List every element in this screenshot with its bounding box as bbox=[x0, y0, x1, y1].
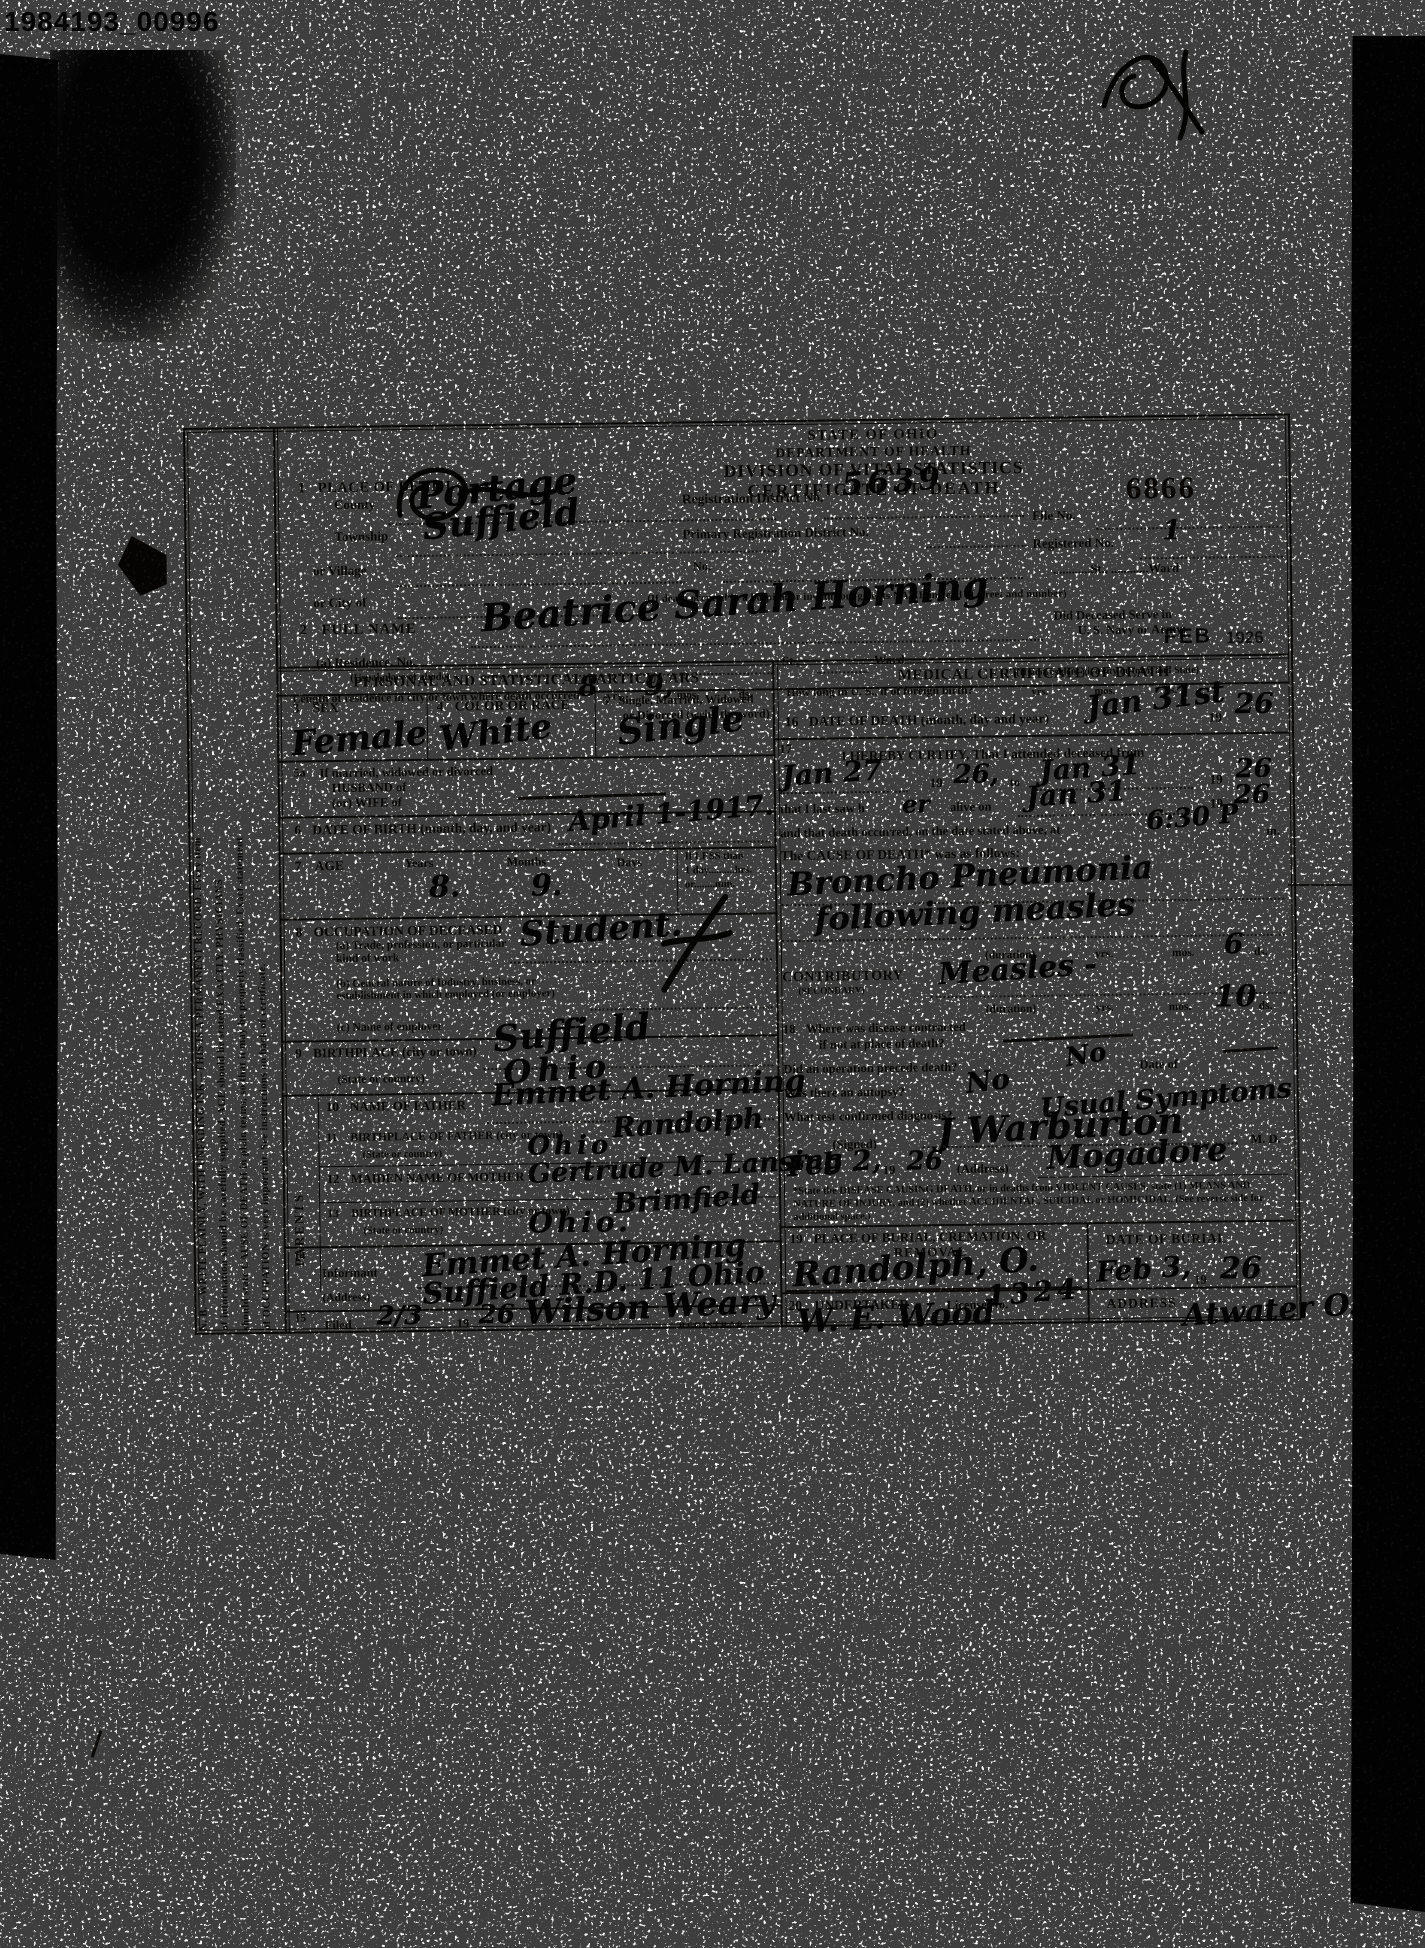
sex-label: SEX bbox=[313, 700, 339, 715]
marital-number: 5 bbox=[603, 694, 609, 708]
pen-blot-mark bbox=[112, 535, 176, 602]
father-birthplace-state-label: (State or country) bbox=[362, 1149, 442, 1162]
filed-year-value: 26 bbox=[478, 1302, 515, 1328]
undertaker-address-value: Atwater O. bbox=[1182, 1290, 1359, 1331]
burial-date-value: Feb 3, bbox=[1095, 1252, 1191, 1286]
contributory-duration-days-value: 10 bbox=[1214, 982, 1256, 1013]
full-name-number: 2 bbox=[300, 622, 307, 638]
occupation-a-label: (a) Trade, profession, or particular kin… bbox=[336, 938, 521, 966]
county-label: County bbox=[334, 497, 375, 512]
age-label: AGE bbox=[315, 858, 344, 873]
date-of-death-year-value: 26 bbox=[1235, 690, 1274, 719]
age-years-value: 8. bbox=[429, 872, 461, 902]
operation-value: No bbox=[1064, 1039, 1109, 1071]
registration-district-label: Registration District No. bbox=[682, 490, 824, 507]
last-saw-label: that I last saw h bbox=[780, 801, 865, 816]
contributory-duration-label: (duration) bbox=[986, 1003, 1037, 1017]
informant-number: 14 bbox=[294, 1250, 306, 1263]
village-label: or Village bbox=[313, 564, 367, 579]
filed-date-value: 2/3 bbox=[376, 1303, 422, 1330]
occupation-c-label: (c) Name of employer bbox=[337, 1021, 443, 1035]
filed-number: 15 bbox=[295, 1312, 307, 1325]
informant-label: Informant bbox=[322, 1266, 378, 1281]
birthplace-number: 9 bbox=[295, 1047, 302, 1062]
pen-stroke-mark bbox=[651, 891, 736, 994]
mother-name-label: MAIDEN NAME OF MOTHER bbox=[351, 1170, 525, 1186]
signature-year-prefix: 19 bbox=[883, 1163, 896, 1177]
signature-year-value: 26 bbox=[906, 1148, 943, 1174]
navy-service-label-1: Did Deceased Serve in bbox=[1053, 607, 1172, 623]
city-label: or City of bbox=[313, 596, 366, 611]
primary-registration-label: Primary Registration District No. bbox=[682, 525, 868, 542]
date-of-birth-number: 6 bbox=[294, 822, 301, 837]
cause-duration-days-label: ds. bbox=[1254, 946, 1268, 959]
burial-year-prefix: 19 bbox=[1194, 1273, 1207, 1287]
disease-contracted-number: 18 bbox=[783, 1022, 796, 1036]
contributory-secondary-label: (SECONDARY) bbox=[798, 986, 864, 997]
contributory-duration-months-label: mos. bbox=[1169, 1001, 1192, 1014]
last-saw-fill: er bbox=[902, 792, 930, 816]
file-number-label: File No. bbox=[1032, 508, 1076, 523]
operation-date-label: Date of bbox=[1139, 1057, 1178, 1072]
scan-id-label: 1984193_00996 bbox=[4, 6, 219, 38]
informant-address-label: (Address) bbox=[322, 1292, 370, 1305]
parents-group-label: PARENTS bbox=[290, 1116, 308, 1266]
scan-black-edge-right bbox=[1351, 36, 1425, 1912]
registrar-label: REGISTRAR bbox=[679, 1321, 745, 1332]
pen-scribble-mark bbox=[1082, 34, 1232, 149]
township-label: Township bbox=[334, 529, 388, 544]
date-of-death-number: 16 bbox=[785, 714, 799, 729]
attended-from-value: Jan 27 bbox=[781, 756, 883, 791]
date-of-death-label: DATE OF DEATH (month, day and year) bbox=[809, 711, 1049, 729]
undertaker-license-value: 1324 bbox=[985, 1275, 1081, 1311]
date-of-death-year-prefix: 19 bbox=[1209, 710, 1222, 725]
mother-name-number: 12 bbox=[327, 1172, 340, 1186]
attended-from-year-value: 26, bbox=[953, 761, 999, 788]
age-years-label: Years bbox=[405, 857, 434, 871]
father-name-number: 10 bbox=[326, 1100, 339, 1115]
color-race-number: 4 bbox=[437, 699, 444, 714]
cause-duration-months-label: mos. bbox=[1172, 947, 1195, 960]
contributory-duration-days-label: ds. bbox=[1259, 1000, 1273, 1013]
date-stamp-month: FEB bbox=[1164, 625, 1212, 650]
signature-address-label: (Address) bbox=[957, 1161, 1009, 1176]
undertaker-address-label: ADDRESS bbox=[1106, 1295, 1176, 1311]
mother-birthplace-state-value: Ohio. bbox=[528, 1208, 632, 1237]
attended-to-year-prefix: 19 bbox=[1210, 772, 1223, 787]
occupation-number: 8 bbox=[296, 924, 303, 939]
filed-label: Filed bbox=[325, 1318, 352, 1332]
age-days-label: Days bbox=[617, 856, 643, 870]
disease-contracted-label-2: if not at place of death? bbox=[819, 1036, 945, 1052]
date-stamp-year: 1926 bbox=[1226, 628, 1264, 648]
alive-on-value: Jan 31 bbox=[1025, 777, 1127, 812]
birthplace-label: BIRTHPLACE (city or town) bbox=[313, 1044, 477, 1061]
mother-birthplace-state-label: (State or country) bbox=[363, 1225, 443, 1238]
burial-number: 19 bbox=[790, 1232, 803, 1247]
alive-year-value: 26 bbox=[1234, 782, 1271, 808]
md-label: M. D. bbox=[1250, 1132, 1280, 1146]
father-name-label: NAME OF FATHER bbox=[350, 1098, 466, 1114]
nonresident-years-label: yrs. bbox=[1031, 687, 1048, 699]
registered-number-value: 1 bbox=[1162, 517, 1181, 544]
violent-causes-footnote: *State the DISEASE CAUSING DEATH, or in … bbox=[793, 1180, 1295, 1225]
spouse-label-2: HUSBAND of bbox=[332, 780, 407, 795]
birthplace-state-label: (State or country) bbox=[337, 1073, 424, 1087]
undertaker-name-value: W. E. Wood bbox=[796, 1296, 996, 1337]
street-ward-label: ............St., ............Ward bbox=[1053, 561, 1179, 577]
full-name-label: FULL NAME bbox=[322, 621, 417, 638]
age-less-note-1: If LESS than bbox=[685, 851, 744, 864]
scan-dark-smudge bbox=[50, 50, 236, 342]
spouse-label-1: If married, widowed or divorced bbox=[319, 764, 493, 780]
occupation-label: OCCUPATION OF DECEASED bbox=[314, 922, 503, 940]
age-less-note-3: or........min. bbox=[685, 879, 735, 891]
occupation-b-label: (b) General nature of Industry, business… bbox=[336, 975, 588, 1002]
death-time-value: 6:30 P bbox=[1145, 801, 1239, 835]
age-months-value: 9. bbox=[531, 871, 563, 901]
file-number-value: 6866 bbox=[1126, 471, 1196, 507]
autopsy-value: No bbox=[964, 1065, 1011, 1098]
registration-district-value: 5639 bbox=[841, 463, 945, 501]
scan-artifact-line bbox=[1288, 884, 1352, 886]
pen-tick-mark bbox=[91, 1730, 103, 1758]
age-less-note-2: 1 day..........hrs. bbox=[685, 865, 752, 878]
date-of-burial-label: DATE OF BURIAL bbox=[1106, 1230, 1227, 1247]
street-number-label: No. bbox=[693, 559, 712, 573]
father-birthplace-number: 11 bbox=[326, 1132, 337, 1145]
attended-from-year-prefix: 19 bbox=[930, 776, 943, 791]
cause-duration-days-value: 6 bbox=[1224, 930, 1244, 958]
date-of-birth-label: DATE OF BIRTH (month, day, and year) bbox=[312, 819, 551, 837]
sex-value: Female bbox=[290, 716, 429, 761]
contributory-duration-years-label: yrs. bbox=[1096, 1002, 1114, 1015]
operation-label: Did an operation precede death? bbox=[783, 1060, 957, 1076]
mother-birthplace-number: 13 bbox=[327, 1208, 339, 1221]
scanned-death-certificate-page: { "page_label": "1984193_00996", "stamp"… bbox=[0, 0, 1425, 1948]
place-of-death-number: 1 bbox=[298, 480, 305, 496]
autopsy-label: Was there an autopsy? bbox=[784, 1085, 905, 1101]
signature-date-value: Feb 2, bbox=[786, 1146, 883, 1182]
death-time-meridiem-label: m. bbox=[1266, 824, 1280, 838]
filed-year-prefix: 19 bbox=[457, 1316, 470, 1330]
cause-duration-years-label: yrs. bbox=[1095, 948, 1113, 961]
registered-number-label: Registered No. bbox=[1032, 536, 1114, 552]
contributory-label: CONTRIBUTORY bbox=[782, 969, 903, 986]
signature-address-value: Mogadore bbox=[1046, 1133, 1228, 1174]
death-certificate: N. B.—WRITE PLAINLY, WITH UNFADING INK—T… bbox=[183, 414, 1302, 1335]
sex-number: 3 bbox=[293, 701, 300, 716]
certify-number: 17 bbox=[779, 742, 792, 757]
spouse-label-3: (or) WIFE of bbox=[332, 795, 402, 810]
age-number: 7 bbox=[295, 858, 302, 873]
age-months-label: Months bbox=[507, 855, 547, 869]
burial-year-value: 26 bbox=[1220, 1254, 1262, 1285]
spouse-number: 5a bbox=[293, 766, 305, 780]
disease-contracted-label-1: Where was disease contracted bbox=[806, 1020, 966, 1036]
attended-to-label: to bbox=[1010, 775, 1021, 789]
diagnosis-test-label: What test confirmed diagnosis? bbox=[784, 1108, 953, 1124]
attended-to-year-value: 26 bbox=[1235, 756, 1272, 782]
alive-on-label: alive on bbox=[950, 799, 992, 814]
